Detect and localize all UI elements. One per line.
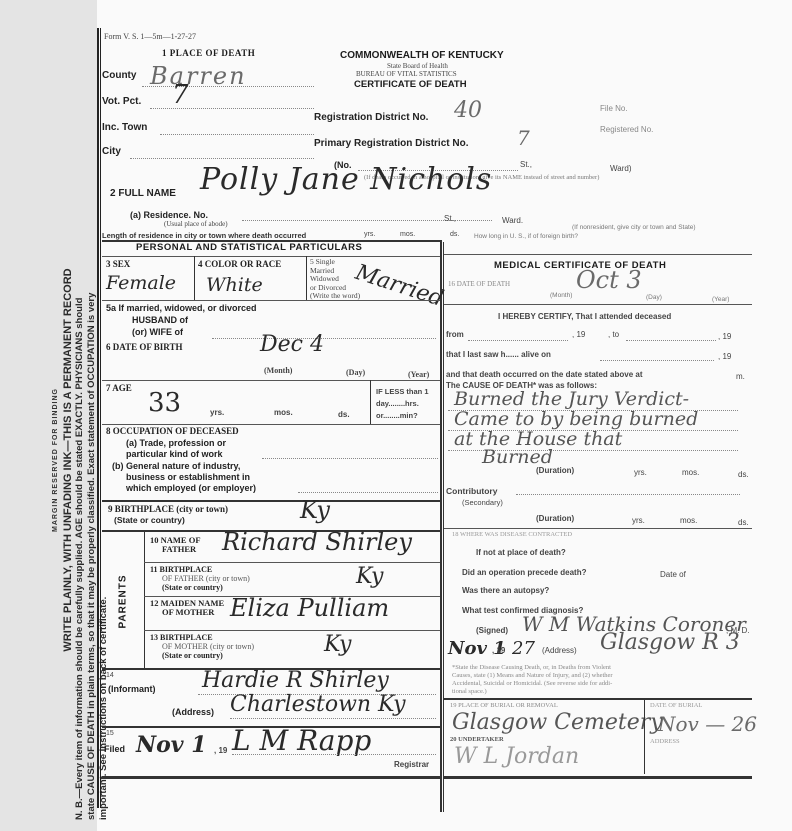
occupation-b-line-2: business or establishment in: [126, 472, 250, 482]
mother-birthplace-label: 13 BIRTHPLACE OF MOTHER (city or town) (…: [150, 633, 254, 660]
last-saw-year: , 19: [718, 352, 731, 361]
to-label: , to: [608, 330, 619, 339]
last-saw-line: [600, 360, 714, 361]
dob-month-label: (Month): [264, 366, 292, 375]
full-name-value: Polly Jane Nichols: [200, 162, 492, 197]
age-rule: [102, 424, 440, 425]
bureau-title: BUREAU OF VITAL STATISTICS: [356, 70, 457, 78]
informant-number: 14: [106, 672, 114, 679]
age-label: 7 AGE: [106, 383, 132, 393]
duration-yrs-1: yrs.: [634, 468, 647, 477]
to-year: , 19: [718, 332, 731, 341]
registrar-signature: L M Rapp: [232, 724, 371, 757]
date-of-death-value: Oct 3: [576, 266, 642, 294]
board-of-health: State Board of Health: [387, 62, 448, 70]
parents-divider: [144, 530, 145, 670]
signed-label: (Signed): [476, 626, 508, 635]
spouse-line: [212, 338, 436, 339]
contributory-line: [516, 494, 740, 495]
occupation-a-line-2: particular kind of work: [126, 449, 223, 459]
file-no-label: File No.: [600, 104, 628, 113]
dob-year-label: (Year): [408, 370, 429, 379]
binding-note: MARGIN RESERVED FOR BINDING: [50, 100, 62, 820]
father-name-rule: [144, 562, 440, 563]
residence-mos: mos.: [400, 231, 415, 238]
duration-label-2: (Duration): [536, 514, 574, 523]
city-line: [130, 158, 314, 159]
from-label: from: [446, 330, 464, 339]
informant-label: (Informant): [108, 684, 156, 694]
mother-bp-label-2: OF MOTHER (city or town): [150, 642, 254, 651]
birthplace-label-2: (State or country): [114, 515, 185, 525]
place-of-death-title: 1 PLACE OF DEATH: [162, 48, 255, 58]
father-birthplace-label: 11 BIRTHPLACE OF FATHER (city or town) (…: [150, 565, 250, 592]
margin-instructions: MARGIN RESERVED FOR BINDING WRITE PLAINL…: [50, 100, 110, 820]
burial-date-label: DATE OF BURIAL: [650, 702, 702, 709]
father-birthplace-value: Ky: [356, 564, 383, 589]
race-value: White: [206, 274, 263, 296]
dob-day-label: (Day): [346, 368, 365, 377]
or-min-label: or........min?: [376, 410, 429, 422]
filed-year-prefix: , 19: [214, 746, 227, 755]
undertaker-address-label: ADDRESS: [650, 738, 680, 745]
mother-bp-label-3: (State or country): [150, 651, 254, 660]
residence-ward-label: Ward.: [502, 216, 523, 225]
spouse-label-2: HUSBAND of: [132, 315, 188, 325]
marital-rule: [102, 300, 440, 301]
form-number: Form V. S. 1—5m—1-27-27: [104, 32, 196, 41]
medical-address-value: Glasgow R 3: [600, 630, 740, 655]
marital-value: Married: [352, 260, 446, 312]
footnote-line-2: Causes, state (1) Means and Nature of In…: [452, 672, 613, 680]
st-label: St.,: [520, 160, 532, 169]
personal-section-title: PERSONAL AND STATISTICAL PARTICULARS: [136, 242, 362, 253]
spouse-label-3: (or) WIFE of: [132, 327, 183, 337]
cause-footnote: *State the Disease Causing Death, or, in…: [452, 664, 613, 696]
race-marital-divider: [306, 256, 307, 300]
filed-date-value: Nov 1: [136, 732, 207, 758]
length-residence-label: Length of residence in city or town wher…: [102, 231, 306, 240]
contributory-rule: [444, 528, 752, 529]
mother-name-label-2: OF MOTHER: [150, 608, 224, 617]
ward-label: Ward): [610, 164, 631, 173]
personal-title-rule: [102, 256, 440, 257]
burial-divider: [644, 698, 645, 774]
age-mos-label: mos.: [274, 408, 293, 417]
age-yrs-label: yrs.: [210, 408, 224, 417]
bottom-rule-left: [102, 776, 440, 779]
dod-rule: [444, 304, 752, 305]
how-long-us-label: How long in U. S., if of foreign birth?: [474, 233, 578, 240]
occupation-b-line-1: (b) General nature of industry,: [112, 461, 240, 471]
mother-name-value: Eliza Pulliam: [230, 594, 389, 622]
bottom-rule-right: [444, 776, 752, 779]
inc-town-label: Inc. Town: [102, 122, 147, 133]
signed-year-prefix: , 19: [492, 646, 505, 655]
contributory-label: Contributory: [446, 486, 497, 496]
burial-date-value: Nov — 26: [658, 712, 757, 736]
registration-district-value: 40: [454, 98, 482, 123]
informant-value: Hardie R Shirley: [202, 668, 389, 693]
certify-line: I HEREBY CERTIFY, That I attended deceas…: [498, 312, 671, 321]
to-line: [626, 340, 716, 341]
medical-address-label: (Address): [542, 646, 577, 655]
duration-ds-2: ds.: [738, 518, 749, 527]
dob-value: Dec 4: [260, 332, 324, 357]
autopsy-label: Was there an autopsy?: [462, 586, 549, 595]
dob-label: 6 DATE OF BIRTH: [106, 342, 182, 352]
occupation-rule: [102, 500, 440, 502]
informant-address-value: Charlestown Ky: [230, 692, 406, 717]
duration-mos-2: mos.: [680, 516, 697, 525]
footnote-line-3: Accidental, Suicidal or Homicidal. (See …: [452, 680, 613, 688]
father-bp-label-1: 11 BIRTHPLACE: [150, 565, 250, 574]
registered-no-label: Registered No.: [600, 125, 653, 134]
registrar-label: Registrar: [394, 760, 429, 769]
undertaker-value: W L Jordan: [454, 744, 579, 769]
death-certificate-scan: MARGIN RESERVED FOR BINDING WRITE PLAINL…: [0, 0, 792, 831]
registration-district-label: Registration District No.: [314, 112, 428, 123]
less-than-day: IF LESS than 1 day........hrs. or.......…: [376, 386, 429, 422]
dob-rule: [102, 380, 440, 381]
registrar-line: [232, 754, 436, 755]
vot-pct-label: Vot. Pct.: [102, 96, 141, 107]
dod-month-label: (Month): [550, 292, 572, 299]
certificate-title: CERTIFICATE OF DEATH: [354, 79, 467, 90]
race-label: 4 COLOR OR RACE: [198, 259, 281, 269]
secondary-label: (Secondary): [462, 498, 503, 507]
duration-yrs-2: yrs.: [632, 516, 645, 525]
state-title: COMMONWEALTH OF KENTUCKY: [340, 50, 504, 61]
disease-contracted-label: 18 WHERE WAS DISEASE CONTRACTED: [452, 531, 572, 538]
burial-top-rule: [444, 698, 752, 700]
full-name-label: 2 FULL NAME: [110, 188, 176, 199]
sex-label: 3 SEX: [106, 259, 130, 269]
parents-label-text: PARENTS: [118, 574, 129, 628]
day-hrs-label: day........hrs.: [376, 398, 429, 410]
operation-label: Did an operation precede death?: [462, 568, 586, 577]
primary-registration-value: 7: [517, 126, 530, 150]
mother-bp-label-1: 13 BIRTHPLACE: [150, 633, 254, 642]
date-of-label: Date of: [660, 570, 686, 579]
city-label: City: [102, 146, 121, 157]
age-ds-label: ds.: [338, 410, 350, 419]
dod-year-label: (Year): [712, 296, 729, 303]
footnote-line-1: *State the Disease Causing Death, or, in…: [452, 664, 613, 672]
residence-label: (a) Residence. No.: [130, 210, 208, 220]
death-occurred-label: and that death occurred on the date stat…: [446, 370, 642, 379]
informant-address-label: (Address): [172, 707, 214, 717]
duration-mos-1: mos.: [682, 468, 699, 477]
birthplace-value: Ky: [300, 496, 330, 524]
footnote-line-4: tional space.): [452, 688, 613, 696]
residence-st-label: St.,: [444, 214, 456, 223]
from-line: [468, 340, 568, 341]
mother-birthplace-value: Ky: [324, 632, 351, 657]
occupation-b-line: [298, 492, 438, 493]
filed-label: Filed: [104, 744, 125, 754]
time-m-label: m.: [736, 372, 745, 381]
sex-value: Female: [106, 272, 176, 294]
spouse-label-1: 5a If married, widowed, or divorced: [106, 303, 257, 313]
last-saw-label: that I last saw h...... alive on: [446, 350, 551, 359]
nonresident-note: (If nonresident, give city or town and S…: [572, 224, 696, 231]
father-name-value: Richard Shirley: [222, 528, 412, 556]
birthplace-label-1: 9 BIRTHPLACE (city or town): [108, 504, 228, 514]
cause-line-4: Burned: [482, 446, 553, 468]
father-bp-label-2: OF FATHER (city or town): [150, 574, 250, 583]
sex-race-divider: [194, 256, 195, 300]
occupation-b-line-3: which employed (or employer): [126, 483, 256, 493]
form-left-border: [97, 28, 101, 808]
primary-registration-label: Primary Registration District No.: [314, 138, 468, 149]
from-year: , 19: [572, 330, 585, 339]
not-place-label: If not at place of death?: [476, 548, 566, 557]
informant-address-line: [230, 718, 436, 719]
county-label: County: [102, 70, 136, 81]
mother-name-label: 12 MAIDEN NAME OF MOTHER: [150, 599, 224, 617]
signed-year-value: 27: [512, 638, 535, 659]
column-divider: [440, 242, 444, 812]
county-value: Barren: [150, 62, 247, 90]
residence-ds: ds.: [450, 231, 459, 238]
cause-line-1: Burned the Jury Verdict-: [454, 388, 689, 410]
date-of-death-label: 16 DATE OF DEATH: [448, 280, 510, 288]
occupation-a-line: [262, 458, 438, 459]
filed-number: 15: [106, 730, 114, 737]
residence-yrs: yrs.: [364, 231, 375, 238]
write-plainly-note: WRITE PLAINLY, WITH UNFADING INK—THIS IS…: [62, 100, 74, 820]
burial-place-value: Glasgow Cemetery: [452, 710, 663, 735]
occupation-title: 8 OCCUPATION OF DECEASED: [106, 426, 239, 436]
usual-abode-note: (Usual place of abode): [164, 220, 228, 228]
duration-ds-1: ds.: [738, 470, 749, 479]
parents-section-label: PARENTS: [108, 532, 138, 670]
vot-pct-value: 7: [172, 80, 189, 110]
father-name-label-2: FATHER: [150, 545, 201, 554]
mother-name-rule: [144, 630, 440, 631]
age-less-divider: [370, 380, 371, 424]
dod-day-label: (Day): [646, 294, 662, 301]
age-value: 33: [148, 388, 181, 418]
burial-place-label: 19 PLACE OF BURIAL OR REMOVAL: [450, 702, 558, 709]
less-than-1-label: IF LESS than 1: [376, 386, 429, 398]
cause-line-2: Came to by being burned: [454, 408, 698, 430]
duration-label-1: (Duration): [536, 466, 574, 475]
undertaker-label: 20 UNDERTAKER: [450, 736, 504, 743]
father-name-label: 10 NAME OF FATHER: [150, 536, 201, 554]
father-bp-label-3: (State or country): [150, 583, 250, 592]
certificate-form: Form V. S. 1—5m—1-27-27 1 PLACE OF DEATH…: [102, 28, 772, 818]
inc-town-line: [160, 134, 314, 135]
binding-margin: MARGIN RESERVED FOR BINDING WRITE PLAINL…: [0, 0, 97, 831]
occupation-a-line-1: (a) Trade, profession or: [126, 438, 226, 448]
nb-note-line-1: N. B.—Every item of information should b…: [74, 100, 86, 820]
medical-top-rule: [444, 254, 752, 255]
